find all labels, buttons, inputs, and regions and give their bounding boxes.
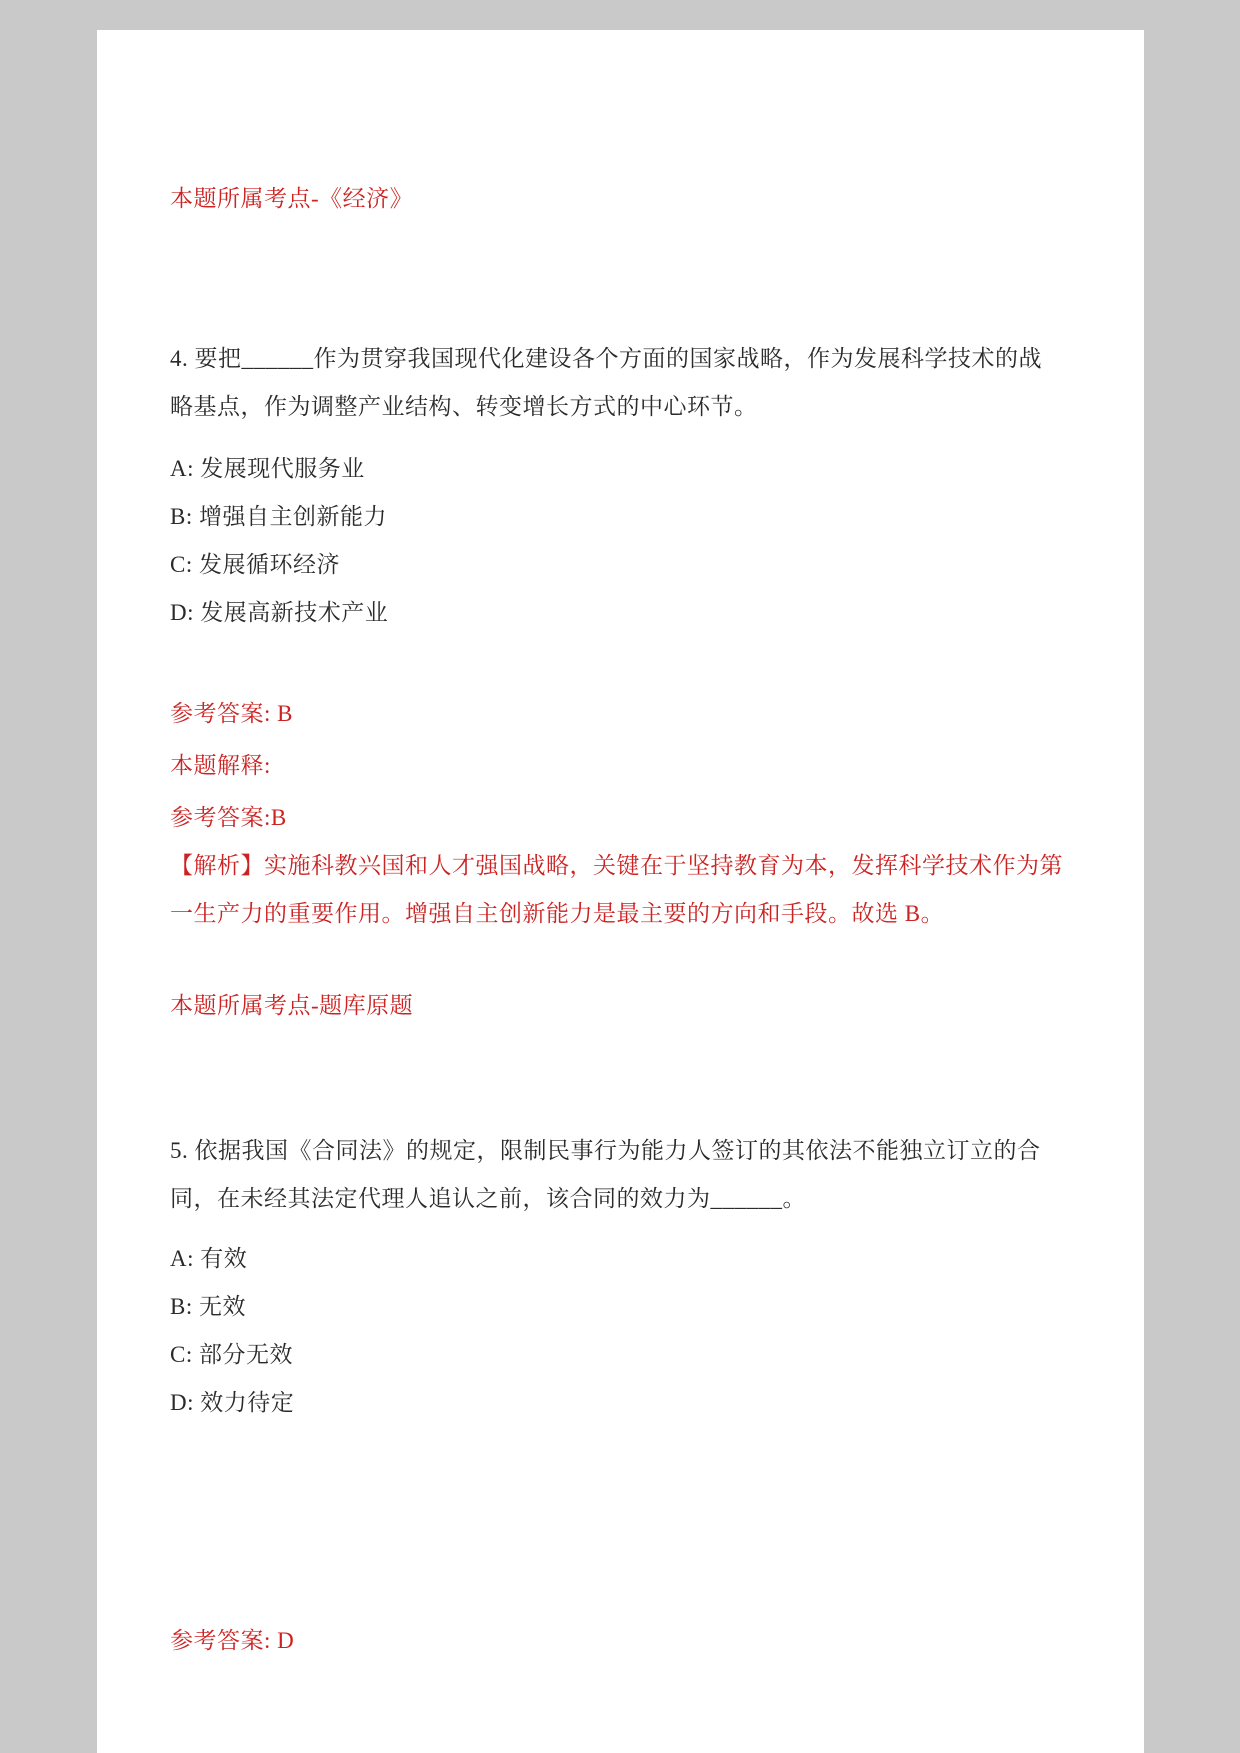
question-4-option-b: B: 增强自主创新能力 [170, 493, 1064, 541]
question-4-reference-answer: 参考答案: B [170, 690, 1064, 738]
question-4-options: A: 发展现代服务业 B: 增强自主创新能力 C: 发展循环经济 D: 发展高新… [170, 445, 1064, 637]
question-4-option-d: D: 发展高新技术产业 [170, 589, 1064, 637]
exam-page: 本题所属考点-《经济》 4. 要把______作为贯穿我国现代化建设各个方面的国… [97, 30, 1144, 1753]
question-5-option-c: C: 部分无效 [170, 1331, 1064, 1379]
question-4-option-a: A: 发展现代服务业 [170, 445, 1064, 493]
question-4-option-c: C: 发展循环经济 [170, 541, 1064, 589]
question-5-option-a: A: 有效 [170, 1235, 1064, 1283]
question-4-analysis: 【解析】实施科教兴国和人才强国战略，关键在于坚持教育为本，发挥科学技术作为第一生… [170, 842, 1064, 938]
question-4-text: 4. 要把______作为贯穿我国现代化建设各个方面的国家战略，作为发展科学技术… [170, 335, 1064, 431]
question-4-topic-note: 本题所属考点-题库原题 [170, 982, 1064, 1030]
question-5-option-b: B: 无效 [170, 1283, 1064, 1331]
question-5-reference-answer: 参考答案: D [170, 1617, 1064, 1665]
question-5-option-d: D: 效力待定 [170, 1379, 1064, 1427]
question-5-options: A: 有效 B: 无效 C: 部分无效 D: 效力待定 [170, 1235, 1064, 1427]
question-4-explanation-label: 本题解释: [170, 742, 1064, 790]
document-canvas: 本题所属考点-《经济》 4. 要把______作为贯穿我国现代化建设各个方面的国… [0, 0, 1240, 1753]
question-4-reference-answer-inline: 参考答案:B [170, 794, 1064, 842]
previous-question-topic-note: 本题所属考点-《经济》 [170, 175, 1064, 223]
question-5-text: 5. 依据我国《合同法》的规定，限制民事行为能力人签订的其依法不能独立订立的合同… [170, 1127, 1064, 1223]
